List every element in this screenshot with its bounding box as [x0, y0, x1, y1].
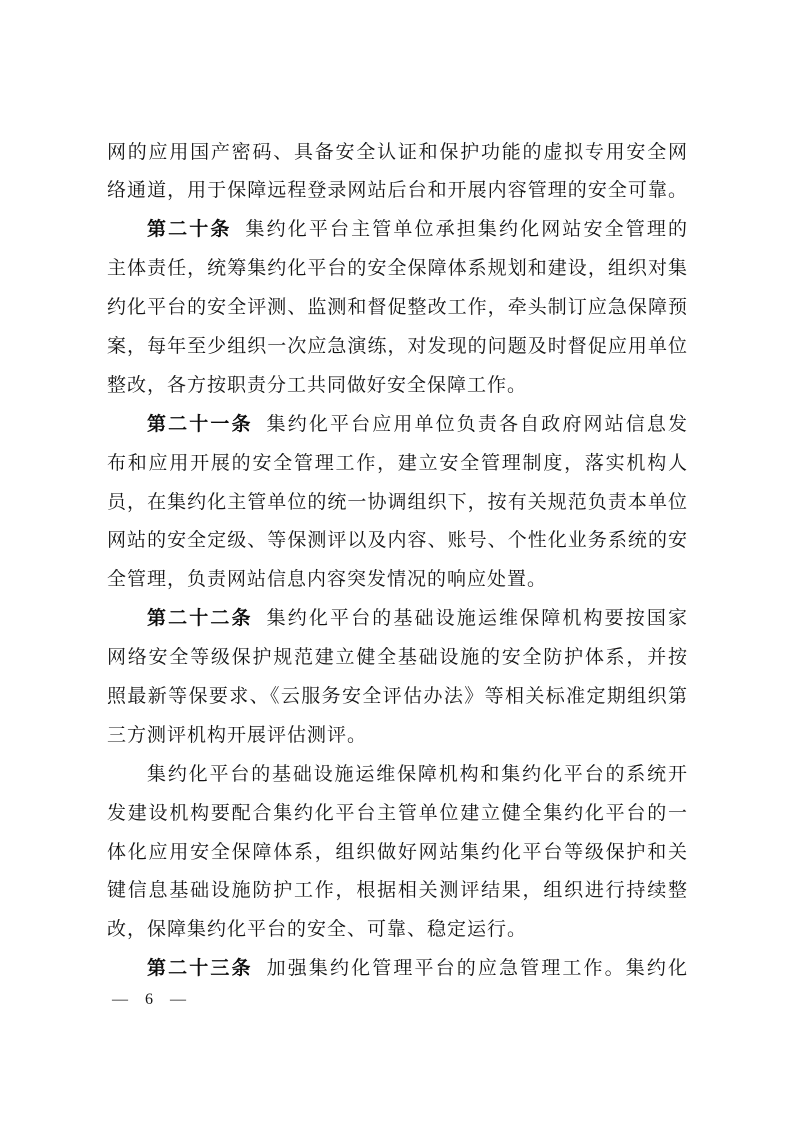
- text-line: 集约化平台的基础设施运维保障机构和集约化平台的系统开: [107, 755, 688, 794]
- text-line: 主体责任，统筹集约化平台的安全保障体系规划和建设，组织对集: [107, 249, 688, 288]
- article-text: 集约化平台主管单位承担集约化网站安全管理的: [246, 218, 688, 240]
- article-text: 集约化平台的基础设施运维保障机构要按国家: [267, 607, 688, 629]
- text-line: 改，保障集约化平台的安全、可靠、稳定运行。: [107, 910, 688, 949]
- article-22-continued: 集约化平台的基础设施运维保障机构和集约化平台的系统开 发建设机构要配合集约化平台…: [107, 755, 688, 949]
- document-body: 网的应用国产密码、具备安全认证和保护功能的虚拟专用安全网 络通道，用于保障远程登…: [107, 133, 688, 989]
- document-page: 网的应用国产密码、具备安全认证和保护功能的虚拟专用安全网 络通道，用于保障远程登…: [0, 0, 793, 1122]
- paragraph-continuation: 网的应用国产密码、具备安全认证和保护功能的虚拟专用安全网 络通道，用于保障远程登…: [107, 133, 688, 211]
- page-number: — 6 —: [112, 988, 186, 1012]
- article-23: 第二十三条加强集约化管理平台的应急管理工作。集约化: [107, 949, 688, 988]
- article-text: 加强集约化管理平台的应急管理工作。集约化: [267, 957, 688, 979]
- text-line: 体化应用安全保障体系，组织做好网站集约化平台等级保护和关: [107, 833, 688, 872]
- article-21: 第二十一条集约化平台应用单位负责各自政府网站信息发 布和应用开展的安全管理工作，…: [107, 405, 688, 599]
- text-line: 全管理，负责网站信息内容突发情况的响应处置。: [107, 560, 688, 599]
- article-heading: 第二十二条: [147, 607, 253, 629]
- article-heading: 第二十一条: [147, 413, 253, 435]
- text-line: 整改，各方按职责分工共同做好安全保障工作。: [107, 366, 688, 405]
- text-line: 员，在集约化主管单位的统一协调组织下，按有关规范负责本单位: [107, 483, 688, 522]
- article-heading: 第二十三条: [147, 957, 253, 979]
- text-line: 第二十二条集约化平台的基础设施运维保障机构要按国家: [107, 599, 688, 638]
- text-line: 网站的安全定级、等保测评以及内容、账号、个性化业务系统的安: [107, 521, 688, 560]
- text-line: 发建设机构要配合集约化平台主管单位建立健全集约化平台的一: [107, 794, 688, 833]
- text-line: 第二十三条加强集约化管理平台的应急管理工作。集约化: [107, 949, 688, 988]
- text-line: 网络安全等级保护规范建立健全基础设施的安全防护体系，并按: [107, 638, 688, 677]
- article-20: 第二十条集约化平台主管单位承担集约化网站安全管理的 主体责任，统筹集约化平台的安…: [107, 210, 688, 404]
- text-line: 布和应用开展的安全管理工作，建立安全管理制度，落实机构人: [107, 444, 688, 483]
- article-heading: 第二十条: [147, 218, 232, 240]
- text-line: 键信息基础设施防护工作，根据相关测评结果，组织进行持续整: [107, 871, 688, 910]
- article-22: 第二十二条集约化平台的基础设施运维保障机构要按国家 网络安全等级保护规范建立健全…: [107, 599, 688, 755]
- article-text: 集约化平台应用单位负责各自政府网站信息发: [267, 413, 688, 435]
- text-line: 第二十一条集约化平台应用单位负责各自政府网站信息发: [107, 405, 688, 444]
- text-line: 约化平台的安全评测、监测和督促整改工作，牵头制订应急保障预: [107, 288, 688, 327]
- text-line: 案，每年至少组织一次应急演练，对发现的问题及时督促应用单位: [107, 327, 688, 366]
- text-line: 网的应用国产密码、具备安全认证和保护功能的虚拟专用安全网: [107, 133, 688, 172]
- text-line: 络通道，用于保障远程登录网站后台和开展内容管理的安全可靠。: [107, 171, 688, 210]
- text-line: 三方测评机构开展评估测评。: [107, 716, 688, 755]
- text-line: 第二十条集约化平台主管单位承担集约化网站安全管理的: [107, 210, 688, 249]
- text-line: 照最新等保要求、《云服务安全评估办法》等相关标准定期组织第: [107, 677, 688, 716]
